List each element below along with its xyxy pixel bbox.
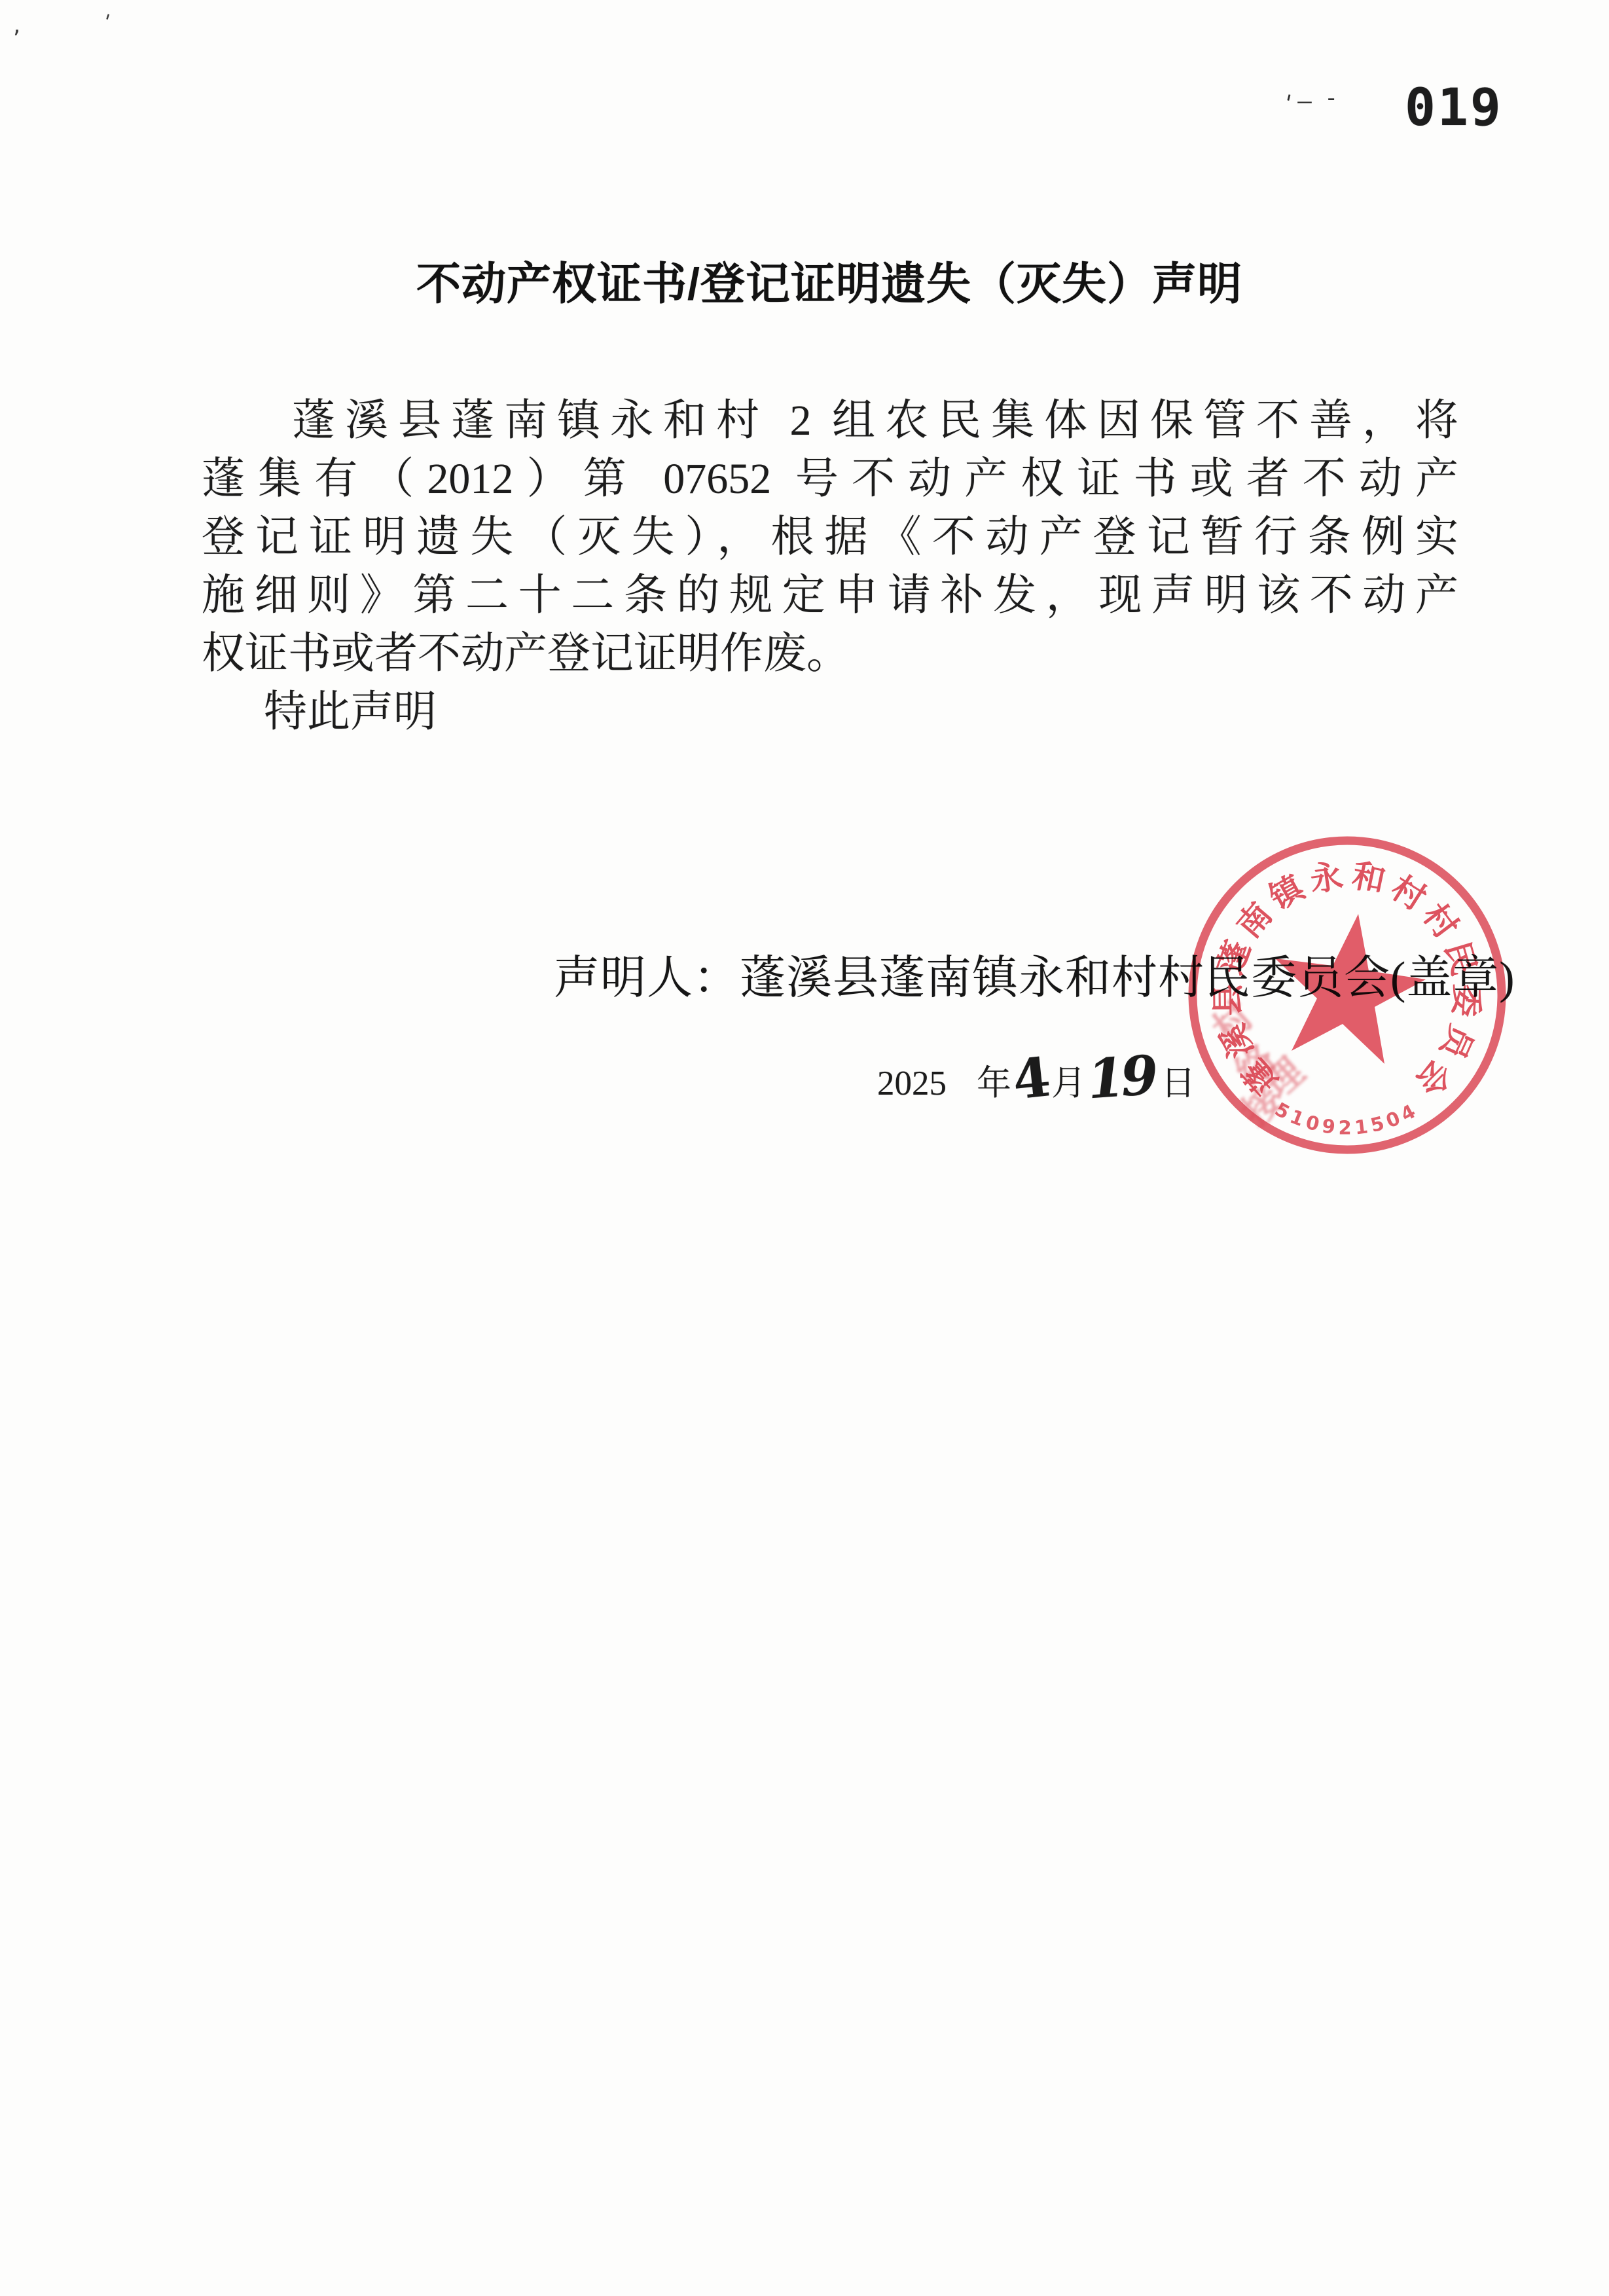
scan-speck: ' xyxy=(100,10,113,34)
star-icon xyxy=(1275,914,1426,1064)
smudge-mark: - xyxy=(1328,85,1335,111)
smudge-mark: ' xyxy=(1281,90,1293,117)
body-line: 蓬集有（2012）第 07652 号不动产权证书或者不动产 xyxy=(202,450,1458,508)
body-line: 权证书或者不动产登记证明作废。 xyxy=(202,625,1458,683)
body-line: 登记证明遗失（灭失），根据《不动产登记暂行条例实 xyxy=(202,508,1458,566)
date-year-unit: 年 xyxy=(977,1065,1011,1102)
scan-speck: , xyxy=(13,12,20,39)
page-number-stamp: 019 xyxy=(1405,79,1503,137)
official-seal: 蓬溪县蓬南镇永和村村民委员会 5109215040566 村 络 理 接 xyxy=(1182,829,1513,1161)
date-line: 2025年4月19日 xyxy=(877,1045,1195,1108)
body-line: 施细则》第二十二条的规定申请补发，现声明该不动产 xyxy=(202,566,1458,625)
handwritten-month: 4 xyxy=(1010,1046,1054,1112)
smudge-mark: — xyxy=(1297,90,1312,113)
document-title: 不动产权证书/登记证明遗失（灭失）声明 xyxy=(25,249,1609,312)
date-year: 2025 xyxy=(877,1065,947,1102)
scan-smudge-marks: ' — - xyxy=(1284,90,1335,117)
closing-line: 特此声明 xyxy=(202,683,1458,741)
handwritten-day: 19 xyxy=(1085,1044,1157,1112)
declaration-body: 蓬溪县蓬南镇永和村 2 组农民集体因保管不善，将 蓬集有（2012）第 0765… xyxy=(202,392,1458,741)
date-month-unit: 月 xyxy=(1051,1065,1086,1102)
body-line: 蓬溪县蓬南镇永和村 2 组农民集体因保管不善，将 xyxy=(202,392,1458,450)
